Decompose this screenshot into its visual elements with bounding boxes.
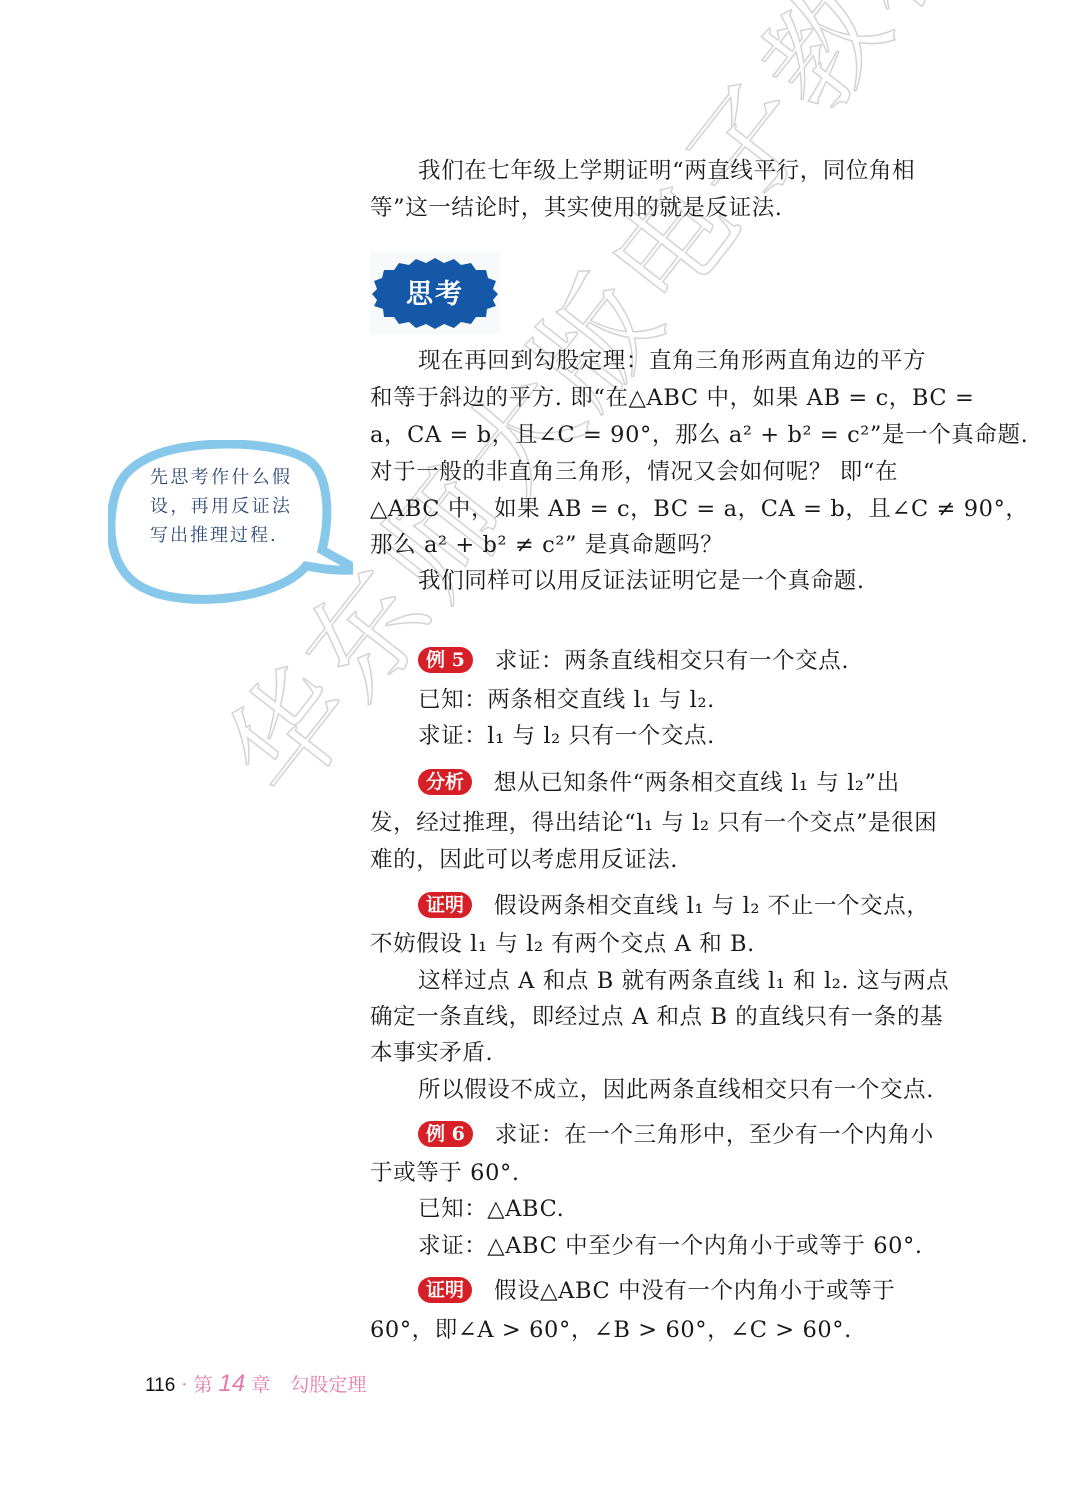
page-footer: 116 · 第 14 章 勾股定理 (145, 1370, 366, 1398)
analysis-text-1: 想从已知条件“两条相交直线 l₁ 与 l₂”出 (494, 770, 900, 796)
example6-proof-line-2: 60°，即∠A > 60°，∠B > 60°，∠C > 60°. (370, 1312, 852, 1349)
example5-statement-line: 例 5求证：两条直线相交只有一个交点. (418, 643, 849, 680)
example6-statement-2: 于或等于 60°. (370, 1155, 520, 1192)
chapter-prefix: 第 (193, 1374, 212, 1396)
example5-statement: 求证：两条直线相交只有一个交点. (495, 648, 849, 674)
example6-prove: 求证：△ABC 中至少有一个内角小于或等于 60°. (418, 1228, 923, 1265)
think-line-6: 那么 a² + b² ≠ c²” 是真命题吗？ (370, 527, 723, 564)
page-number: 116 (145, 1375, 175, 1396)
proof-tag: 证明 (418, 892, 472, 918)
think-line-4: 对于一般的非直角三角形，情况又会如何呢？ 即“在 (370, 454, 898, 491)
example6-statement-1: 求证：在一个三角形中，至少有一个内角小 (495, 1122, 934, 1148)
example6-proof-tag: 证明 (418, 1277, 472, 1303)
intro-line-1: 我们在七年级上学期证明“两直线平行，同位角相 (418, 153, 915, 190)
intro-line-2: 等”这一结论时，其实使用的就是反证法. (370, 190, 783, 227)
analysis-line-2: 发，经过推理，得出结论“l₁ 与 l₂ 只有一个交点”是很困 (370, 805, 937, 842)
example6-given: 已知：△ABC. (418, 1191, 564, 1228)
footer-separator: · (181, 1374, 187, 1396)
proof-line-4: 确定一条直线，即经过点 A 和点 B 的直线只有一条的基 (370, 999, 943, 1036)
example6-statement-line: 例 6求证：在一个三角形中，至少有一个内角小 (418, 1117, 934, 1154)
proof-line-5: 本事实矛盾. (370, 1035, 493, 1072)
think-line-1: 现在再回到勾股定理：直角三角形两直角边的平方 (418, 343, 926, 380)
think-conclusion: 我们同样可以用反证法证明它是一个真命题. (418, 563, 865, 600)
example5-tag: 例 5 (418, 647, 473, 673)
analysis-tag: 分析 (418, 769, 472, 795)
side-note: 先思考作什么假设，再用反证法写出推理过程. (150, 463, 292, 550)
proof-line-3: 这样过点 A 和点 B 就有两条直线 l₁ 和 l₂. 这与两点 (418, 963, 949, 1000)
chapter-title: 勾股定理 (290, 1374, 366, 1396)
example5-given: 已知：两条相交直线 l₁ 与 l₂. (418, 682, 715, 719)
example5-analysis-line-1: 分析想从已知条件“两条相交直线 l₁ 与 l₂”出 (418, 765, 900, 802)
think-line-2: 和等于斜边的平方. 即“在△ABC 中，如果 AB = c，BC = (370, 380, 974, 417)
chapter-suffix: 章 (251, 1374, 270, 1396)
think-line-5: △ABC 中，如果 AB = c，BC = a，CA = b，且∠C ≠ 90°… (370, 491, 1029, 528)
analysis-line-3: 难的，因此可以考虑用反证法. (370, 842, 678, 879)
example6-proof-line-1: 证明假设△ABC 中没有一个内角小于或等于 (418, 1273, 895, 1310)
think-badge: 思考 (370, 252, 500, 334)
think-badge-label: 思考 (370, 272, 500, 311)
proof-line-2: 不妨假设 l₁ 与 l₂ 有两个交点 A 和 B. (370, 926, 755, 963)
think-line-3: a，CA = b，且∠C = 90°，那么 a² + b² = c²”是一个真命… (370, 417, 1028, 454)
example5-proof-line-1: 证明假设两条相交直线 l₁ 与 l₂ 不止一个交点， (418, 888, 929, 925)
proof-text-1: 假设两条相交直线 l₁ 与 l₂ 不止一个交点， (494, 893, 929, 919)
chapter-number: 14 (219, 1370, 246, 1397)
proof-line-6: 所以假设不成立，因此两条直线相交只有一个交点. (418, 1072, 934, 1109)
example6-tag: 例 6 (418, 1121, 473, 1147)
example6-proof-text-1: 假设△ABC 中没有一个内角小于或等于 (494, 1278, 895, 1304)
example5-prove: 求证：l₁ 与 l₂ 只有一个交点. (418, 718, 715, 755)
